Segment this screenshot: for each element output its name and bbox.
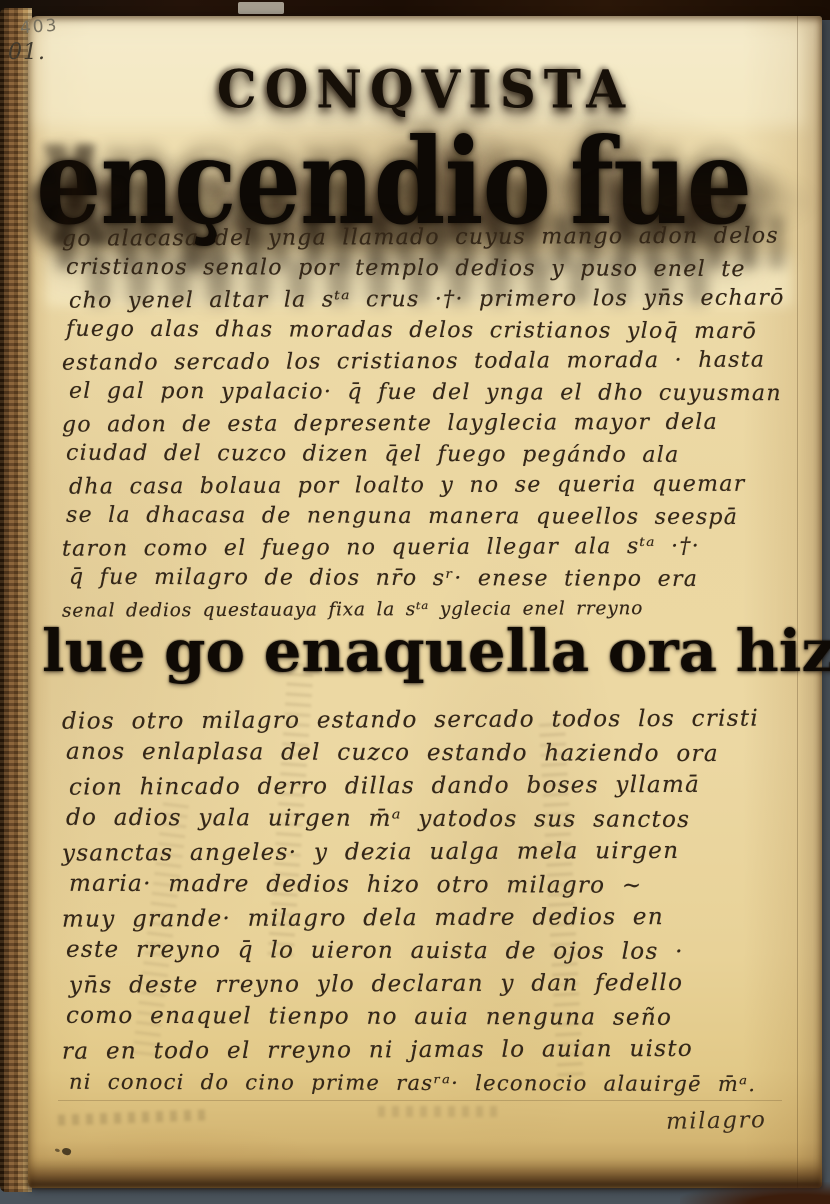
paragraph-1: go alacasa del ynga llamado cuyus mango … xyxy=(62,222,804,625)
ink-dot-mark xyxy=(61,1147,72,1157)
offset-ink-mark xyxy=(58,1109,208,1125)
paragraph-2: dios otro milagro estando sercado todos … xyxy=(62,704,804,1100)
folio-number-pencil: 403 xyxy=(19,16,59,39)
manuscript-photo: CONQVISTA CONQVISTA ençendio fue ençendi… xyxy=(0,0,830,1204)
manuscript-text-line: dha casa bolaua por loalto y no se queri… xyxy=(69,468,804,502)
manuscript-text-line: anos enlaplasa del cuzco estando haziend… xyxy=(66,736,804,772)
binding-light-patch xyxy=(238,2,284,14)
offset-ink-mark xyxy=(378,1106,498,1117)
manuscript-page: CONQVISTA CONQVISTA ençendio fue ençendi… xyxy=(28,16,822,1188)
folio-number-ink: 01. xyxy=(8,40,46,65)
subheading: lue go enaquella ora hizo xyxy=(42,616,830,685)
manuscript-text-line: taron como el fuego no queria llegar ala… xyxy=(62,530,804,564)
backdrop-corner-shadow xyxy=(680,1182,830,1204)
section-title: CONQVISTA xyxy=(28,59,822,120)
manuscript-text-line: cion hincado derro dillas dando boses yl… xyxy=(69,768,804,804)
manuscript-text-line: estando sercado los cristianos todala mo… xyxy=(62,344,804,378)
manuscript-text-line: cristianos senalo por templo dedios y pu… xyxy=(66,252,804,286)
manuscript-text-line: como enaquel tienpo no auia nenguna seño xyxy=(66,1000,804,1036)
manuscript-text-line: go adon de esta depresente layglecia may… xyxy=(62,406,804,440)
manuscript-text-line: el gal pon ypalacio· q̄ fue del ynga el … xyxy=(69,376,804,410)
manuscript-text-line: yn̄s deste rreyno ylo declaran y dan fed… xyxy=(69,966,804,1002)
manuscript-text-line: ni conoci do cino prime rasʳᵃ· leconocio… xyxy=(69,1066,804,1102)
manuscript-text-line: go alacasa del ynga llamado cuyus mango … xyxy=(62,220,804,254)
manuscript-text-line: fuego alas dhas moradas delos cristianos… xyxy=(66,314,804,348)
manuscript-text-line: dios otro milagro estando sercado todos … xyxy=(62,702,804,738)
manuscript-text-line: ciudad del cuzco dizen q̄el fuego pegánd… xyxy=(66,438,804,472)
manuscript-text-line: do adios yala uirgen m̄ᵃ yatodos sus san… xyxy=(66,802,804,838)
manuscript-text-line: ysanctas angeles· y dezia ualga mela uir… xyxy=(62,834,804,870)
catchword: milagro xyxy=(665,1107,766,1135)
manuscript-text-line: q̄ fue milagro de dios nr̄o sʳ· enese ti… xyxy=(69,562,804,596)
manuscript-text-line: maria· madre dedios hizo otro milagro ~ xyxy=(69,868,804,904)
manuscript-text-line: se la dhacasa de nenguna manera queellos… xyxy=(66,500,804,534)
manuscript-text-line: cho yenel altar la sᵗᵃ crus ·†· primero … xyxy=(69,282,804,316)
manuscript-text-line: este rreyno q̄ lo uieron auista de ojos … xyxy=(66,934,804,970)
manuscript-text-line: ra en todo el rreyno ni jamas lo auian u… xyxy=(62,1032,804,1068)
manuscript-text-line: muy grande· milagro dela madre dedios en xyxy=(62,900,804,936)
